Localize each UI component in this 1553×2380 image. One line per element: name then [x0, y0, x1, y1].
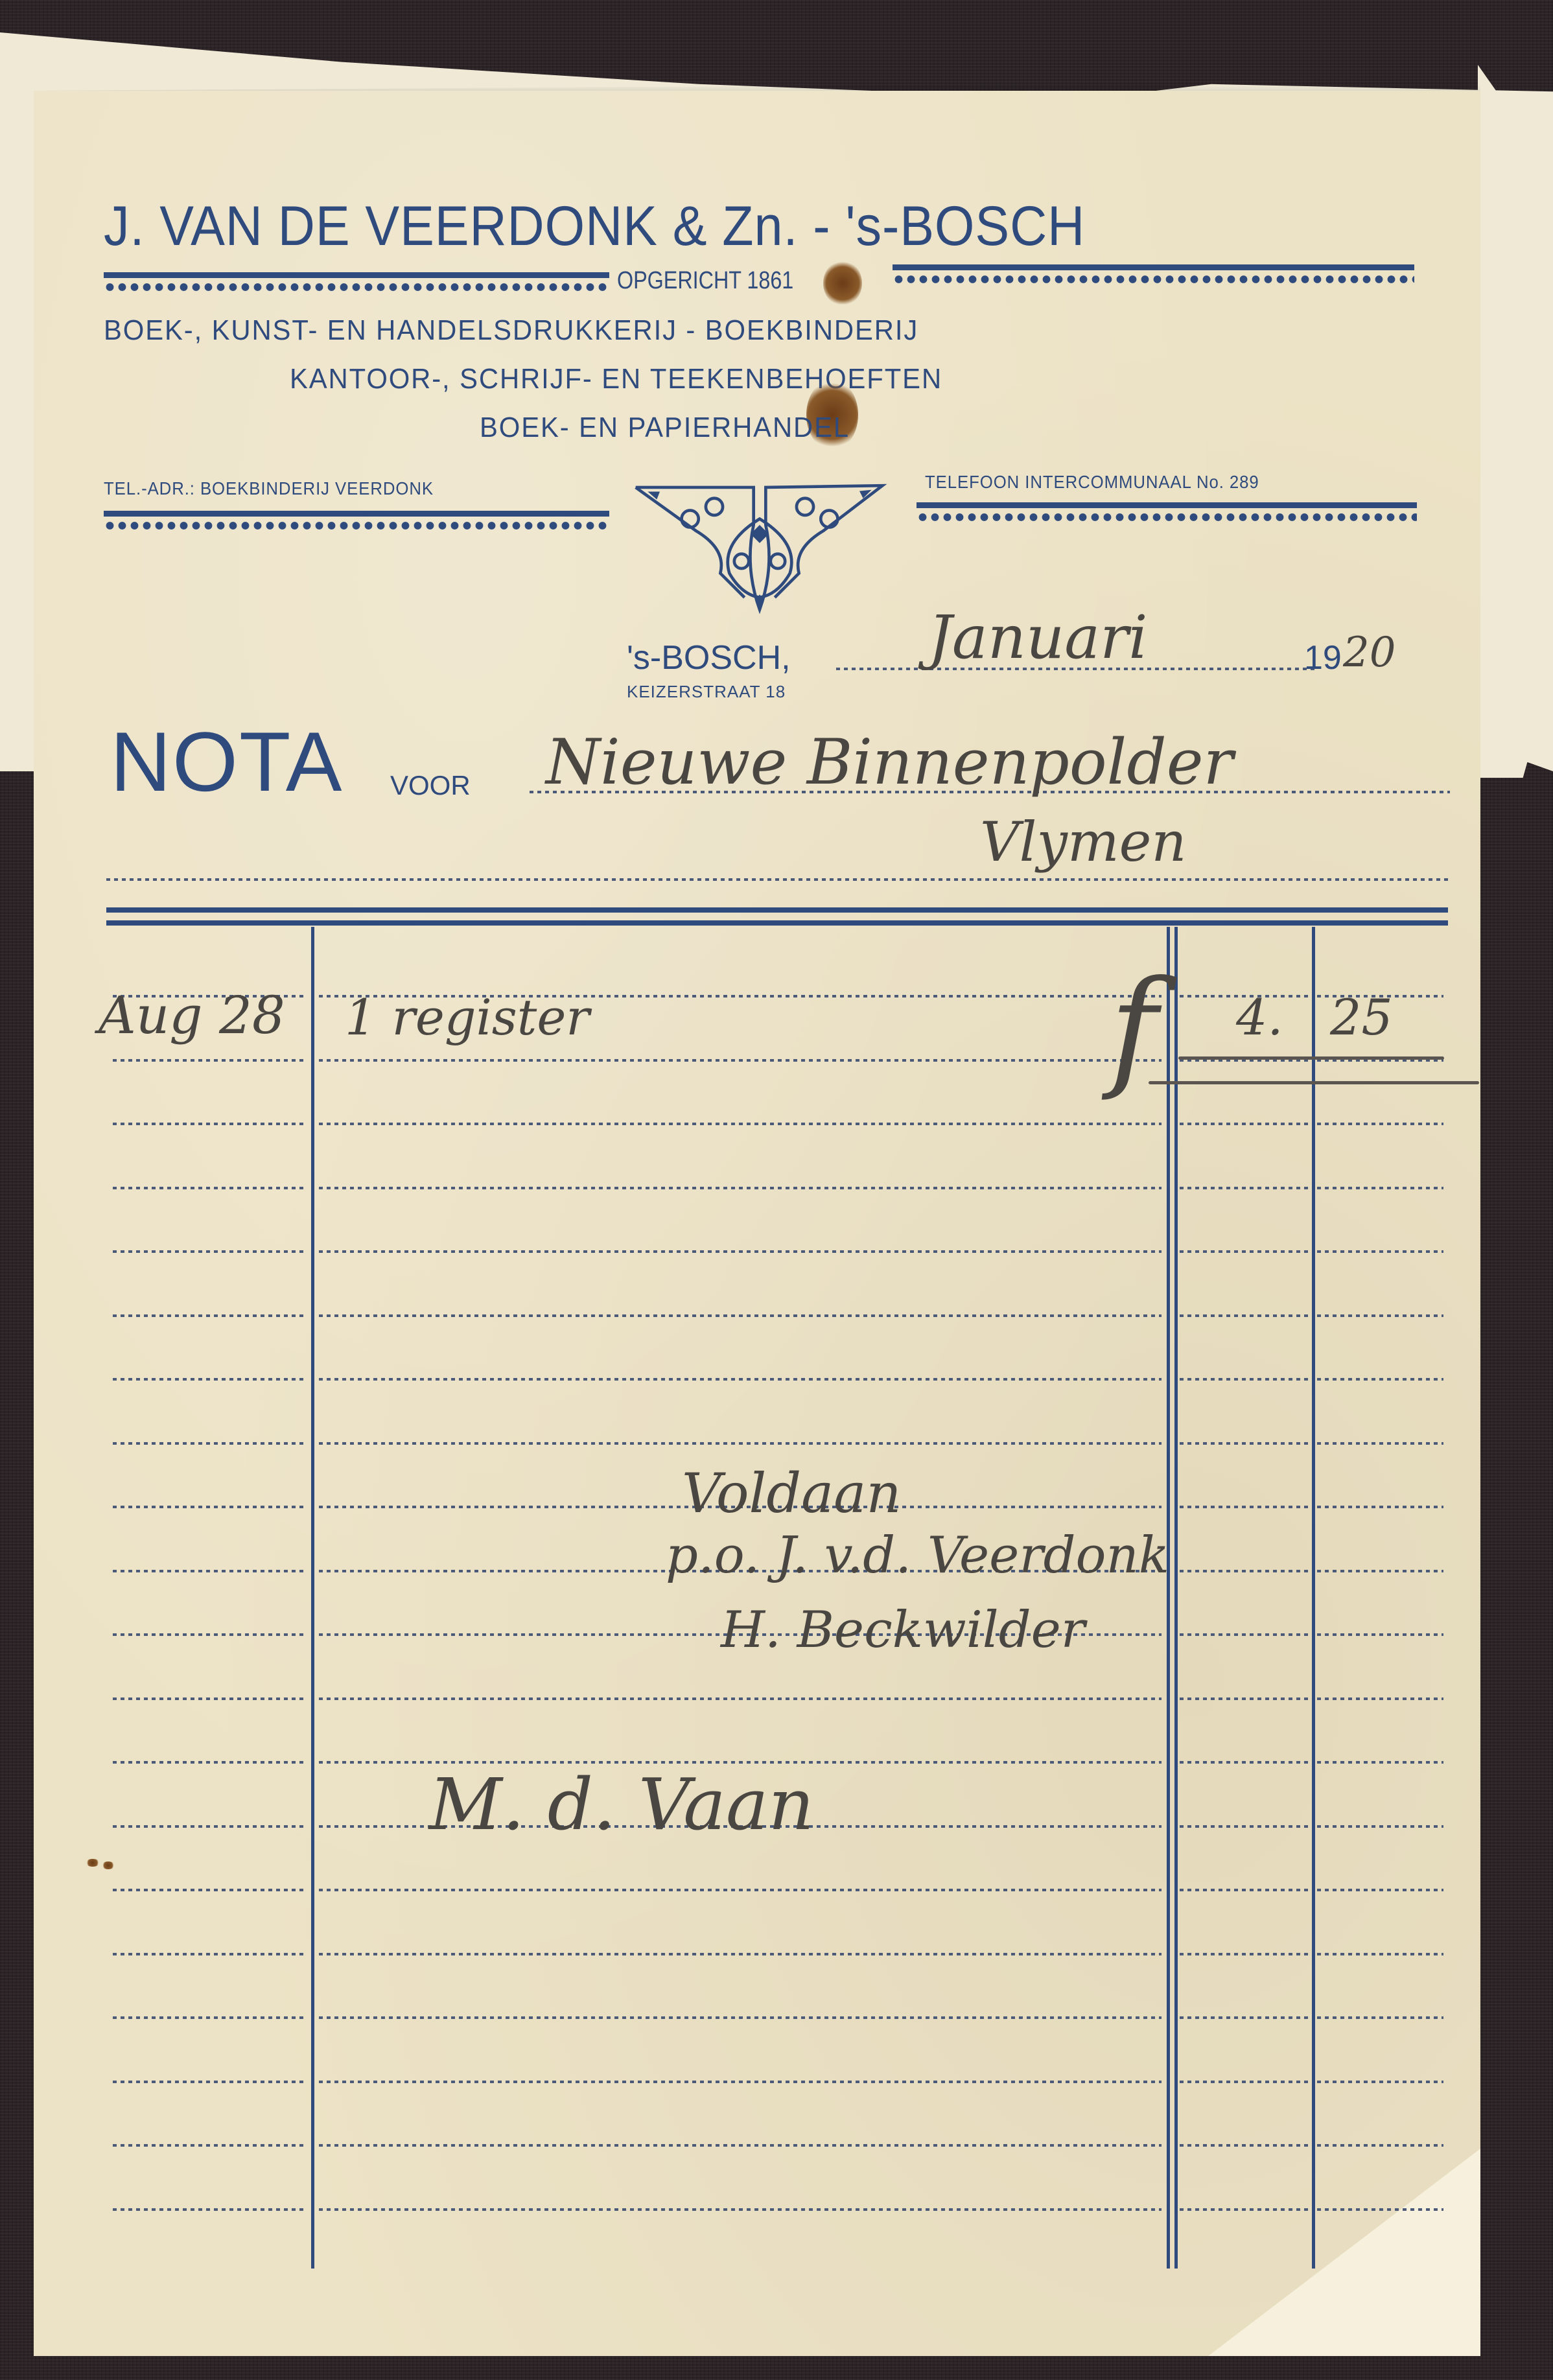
ledger-dotted-line [319, 1889, 1162, 1891]
ledger-dotted-line [1317, 1250, 1443, 1253]
tel-diamonds-right [917, 512, 1417, 522]
ledger-dotted-line [113, 1250, 307, 1253]
ledger-dotted-line [1317, 1889, 1443, 1891]
background-sheet-right [1478, 65, 1553, 778]
street-address: KEIZERSTRAAT 18 [627, 682, 786, 702]
ledger-dotted-line [319, 2016, 1162, 2019]
ledger-dotted-line [1317, 2144, 1443, 2147]
folded-corner [1208, 2149, 1480, 2356]
ledger-dotted-line [1317, 1442, 1443, 1445]
ledger-dotted-line [1180, 1633, 1309, 1636]
ledger-dotted-line [113, 2208, 307, 2211]
ledger-dotted-line [1180, 2144, 1309, 2147]
ledger-dotted-line [113, 1442, 307, 1445]
ledger-dotted-line [1180, 1506, 1309, 1508]
tel-divider-left [104, 511, 609, 517]
total-underline-2 [1149, 1081, 1479, 1084]
ledger-dotted-line [1180, 2016, 1309, 2019]
per-note: p.o. J. v.d. Veerdonk [666, 1526, 1169, 1585]
year-prefix: 19 [1304, 638, 1342, 677]
ledger-dotted-line [319, 2144, 1162, 2147]
date-column-divider [311, 927, 314, 2269]
tel-divider-right [917, 502, 1417, 508]
telephone-number: TELEFOON INTERCOMMUNAAL No. 289 [925, 472, 1259, 493]
voor-label: VOOR [390, 770, 471, 801]
ledger-dotted-line [1317, 2016, 1443, 2019]
founded-text: OPGERICHT 1861 [617, 267, 793, 295]
stain [102, 1861, 115, 1869]
business-line-1: BOEK-, KUNST- EN HANDELSDRUKKERIJ - BOEK… [104, 314, 918, 347]
telegram-address: TEL.-ADR.: BOEKBINDERIJ VEERDONK [104, 478, 434, 499]
ledger-dotted-line [1317, 1123, 1443, 1125]
ledger-dotted-line [113, 1633, 307, 1636]
ledger-dotted-line [1180, 2208, 1309, 2211]
diamond-border-left [104, 282, 609, 292]
total-underline-1 [1178, 1056, 1444, 1060]
signature: M. d. Vaan [429, 1763, 814, 1846]
recipient-line-2[interactable]: Vlymen [980, 810, 1186, 874]
divider-right [893, 264, 1414, 270]
divider-left [104, 272, 609, 278]
stain [823, 261, 862, 306]
ledger-dotted-line [1180, 1123, 1309, 1125]
ledger-dotted-line [113, 1314, 307, 1317]
ledger-dotted-line [1180, 1570, 1309, 1572]
table-top-rule-1 [106, 907, 1448, 913]
signer-name: H. Beckwilder [721, 1601, 1085, 1659]
item-description[interactable]: 1 register [345, 988, 590, 1046]
ledger-dotted-line [319, 1442, 1162, 1445]
ledger-dotted-line [1317, 1633, 1443, 1636]
art-nouveau-ornament-icon [624, 476, 896, 616]
ledger-dotted-line [1317, 1506, 1443, 1508]
ledger-dotted-line [1317, 1187, 1443, 1189]
ledger-dotted-line [319, 1059, 1162, 1062]
ledger-dotted-line [319, 1378, 1162, 1381]
city-label: 's-BOSCH, [627, 638, 791, 677]
ledger-dotted-line [1180, 1761, 1309, 1764]
ledger-dotted-line [1317, 1953, 1443, 1955]
ledger-dotted-line [1317, 1314, 1443, 1317]
item-date[interactable]: Aug 28 [99, 985, 285, 1045]
ledger-dotted-line [113, 2016, 307, 2019]
ledger-dotted-line [113, 1506, 307, 1508]
date-month-handwritten[interactable]: Januari [928, 603, 1148, 672]
ledger-dotted-line [113, 2144, 307, 2147]
paid-note: Voldaan [682, 1462, 901, 1525]
ledger-dotted-line [1180, 1442, 1309, 1445]
ledger-dotted-line [1317, 2208, 1443, 2211]
table-top-rule-2 [106, 920, 1448, 926]
ledger-dotted-line [319, 1314, 1162, 1317]
ledger-dotted-line [1317, 1761, 1443, 1764]
ledger-dotted-line [319, 1697, 1162, 1700]
ledger-dotted-line [1317, 1825, 1443, 1828]
ledger-dotted-line [1180, 1314, 1309, 1317]
amount-column-divider-1 [1167, 927, 1170, 2269]
company-title: J. VAN DE VEERDONK & Zn. - 's-BOSCH [104, 194, 1085, 259]
ledger-dotted-line [113, 2081, 307, 2083]
ledger-dotted-line [113, 1953, 307, 1955]
nota-heading: NOTA [110, 713, 343, 810]
cents-column-divider [1312, 927, 1315, 2269]
ledger-dotted-line [1317, 1570, 1443, 1572]
recipient-line-1[interactable]: Nieuwe Binnenpolder [546, 726, 1233, 799]
ledger-dotted-line [319, 1250, 1162, 1253]
ledger-dotted-line [319, 2208, 1162, 2211]
ledger-dotted-line [319, 1123, 1162, 1125]
ledger-dotted-line [1180, 1889, 1309, 1891]
item-guilders[interactable]: 4. [1236, 988, 1283, 1046]
ledger-dotted-line [1180, 1378, 1309, 1381]
ledger-dotted-line [113, 1123, 307, 1125]
ledger-dotted-line [1180, 1697, 1309, 1700]
diamond-border-right [893, 274, 1414, 285]
ledger-dotted-line [1180, 1825, 1309, 1828]
recipient-dotted-line-2 [106, 878, 1448, 881]
ledger-dotted-line [1317, 2081, 1443, 2083]
ledger-dotted-line [1317, 1697, 1443, 1700]
tel-diamonds-left [104, 520, 609, 531]
ledger-dotted-line [1180, 1250, 1309, 1253]
ledger-dotted-line [319, 1187, 1162, 1189]
stain [86, 1859, 100, 1867]
ledger-dotted-line [113, 1889, 307, 1891]
ledger-dotted-line [319, 1953, 1162, 1955]
invoice-sheet: J. VAN DE VEERDONK & Zn. - 's-BOSCH OPGE… [34, 91, 1480, 2356]
ledger-dotted-line [113, 1187, 307, 1189]
ledger-dotted-line [1180, 1187, 1309, 1189]
ledger-dotted-line [113, 1378, 307, 1381]
ledger-dotted-line [113, 1697, 307, 1700]
amount-column-divider-2 [1174, 927, 1178, 2269]
ledger-dotted-line [319, 2081, 1162, 2083]
business-line-3: BOEK- EN PAPIERHANDEL [480, 412, 850, 444]
ledger-dotted-line [113, 1059, 307, 1062]
ledger-dotted-line [1180, 1953, 1309, 1955]
ledger-dotted-line [1317, 1378, 1443, 1381]
ledger-dotted-line [113, 1570, 307, 1572]
ledger-dotted-line [113, 1761, 307, 1764]
ledger-dotted-line [113, 1825, 307, 1828]
ledger-dotted-line [1180, 2081, 1309, 2083]
item-cents[interactable]: 25 [1330, 988, 1393, 1046]
year-handwritten[interactable]: 20 [1343, 629, 1395, 677]
